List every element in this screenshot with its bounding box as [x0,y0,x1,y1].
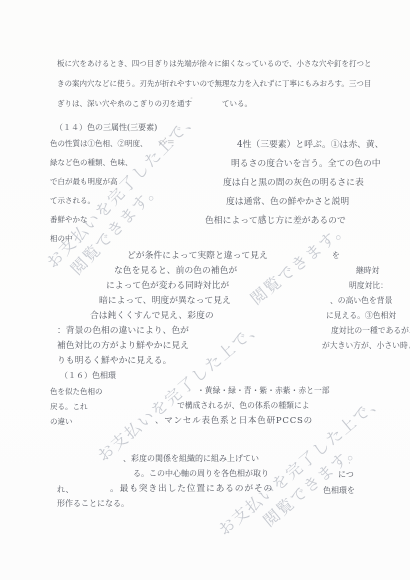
scan-artifact-layer: ゛〆=·· [0,0,410,580]
scan-artifact: · [262,212,265,221]
scan-artifact: · [348,460,351,469]
scanned-document-page: お支払いを完了した上で、閲覧できます。閲覧できます。お支払いを完了した上で、お支… [0,0,410,580]
scan-artifact: 〆= [158,139,175,148]
scan-artifact: ゛ [190,97,198,106]
